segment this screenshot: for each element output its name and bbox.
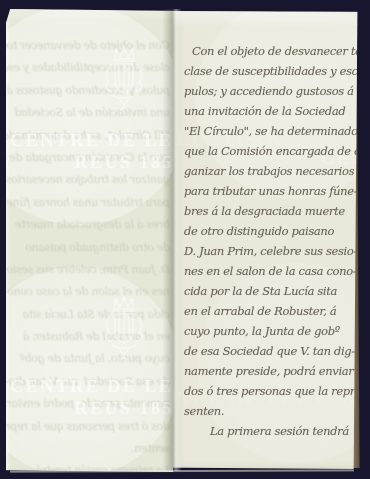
manuscript-line: cida por la de Sta Lucía sita [184,281,360,301]
scanned-manuscript: Con el objeto de desvanecer todaclase de… [0,0,370,479]
manuscript-line: La primera sesión tendrá [184,421,360,441]
manuscript-line: dos ó tres personas que la repre- [184,381,360,401]
manuscript-line: para tributar unas honras fúne- [184,181,360,201]
page-bottom-edge [10,469,354,472]
watermark-subtitle: REUS 1859 [6,398,173,419]
manuscript-line: de otro distinguido paisano [8,237,170,259]
watermark-circle [6,9,173,225]
manuscript-line: bres á la desgraciada muerte [184,201,360,221]
crest-watermark-icon [100,47,148,113]
right-page: CENTRE DE LECTURA CENTRE DE LECTURA CENT… [173,11,360,469]
watermark-subtitle: REUS 1859 [6,152,173,173]
manuscript-line: D. Juan Prim, celebre sus sesio- [184,241,360,261]
manuscript-line: una invitación de la Sociedad [184,101,360,121]
manuscript-line: pulos; y accediendo gustosos á [184,81,360,101]
watermark-title: CENTRE DE LECTURA [6,376,173,397]
manuscript-line: "El Círculo", se ha determinado [184,121,360,141]
left-page: Con el objeto de desvanecer todaclase de… [6,9,173,472]
watermark-title: CENTRE DE LECTURA [6,130,173,151]
manuscript-text: Con el objeto de desvanecer todaclase de… [184,41,360,441]
manuscript-line: nes en el salon de la casa cono- [184,261,360,281]
manuscript-line: namente preside, podrá enviar [184,361,360,381]
manuscript-line: ganizar los trabajos necesarios [184,161,360,181]
manuscript-line: en el arrabal de Robuster, á [184,301,360,321]
manuscript-line: senten. [184,401,360,421]
manuscript-line: que la Comisión encargada de or- [184,141,360,161]
manuscript-line: de otro distinguido paisano [184,221,360,241]
manuscript-line: Con el objeto de desvanecer toda [184,41,360,61]
crest-watermark-icon [100,297,148,363]
manuscript-line: clase de susceptibilidades y escrú- [184,61,360,81]
manuscript-line: cuyo punto, la Junta de gobº [184,321,360,341]
manuscript-line: de esa Sociedad que V. tan dig- [184,341,360,361]
